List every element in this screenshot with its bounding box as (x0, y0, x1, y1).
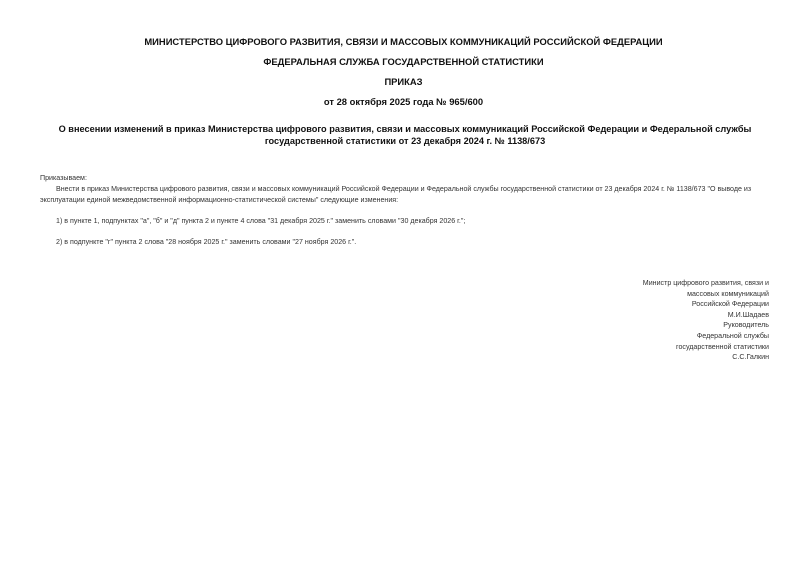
signature-name: М.И.Шадаев (643, 310, 769, 321)
list-item-1: 1) в пункте 1, подпунктах "а", "б" и "д"… (56, 216, 465, 227)
signature-line: массовых коммуникаций (643, 289, 769, 300)
signature-line: государственной статистики (643, 342, 769, 353)
signature-block: Министр цифрового развития, связи и масс… (643, 278, 769, 363)
ministry-heading: МИНИСТЕРСТВО ЦИФРОВОГО РАЗВИТИЯ, СВЯЗИ И… (0, 36, 807, 47)
date-number-heading: от 28 октября 2025 года № 965/600 (0, 96, 807, 107)
signature-line: Руководитель (643, 320, 769, 331)
signature-name: С.С.Галкин (643, 352, 769, 363)
paragraph-1-line-2: эксплуатации единой межведомственной инф… (40, 195, 398, 206)
order-word: Приказываем: (40, 173, 87, 184)
signature-line: Федеральной службы (643, 331, 769, 342)
service-heading: ФЕДЕРАЛЬНАЯ СЛУЖБА ГОСУДАРСТВЕННОЙ СТАТИ… (0, 56, 807, 67)
paragraph-1-line-1: Внести в приказ Министерства цифрового р… (56, 184, 751, 195)
signature-line: Министр цифрового развития, связи и (643, 278, 769, 289)
document-title: О внесении изменений в приказ Министерст… (40, 123, 770, 147)
doc-type-heading: ПРИКАЗ (0, 76, 807, 87)
list-item-2: 2) в подпункте "г" пункта 2 слова "28 но… (56, 237, 356, 248)
signature-line: Российской Федерации (643, 299, 769, 310)
